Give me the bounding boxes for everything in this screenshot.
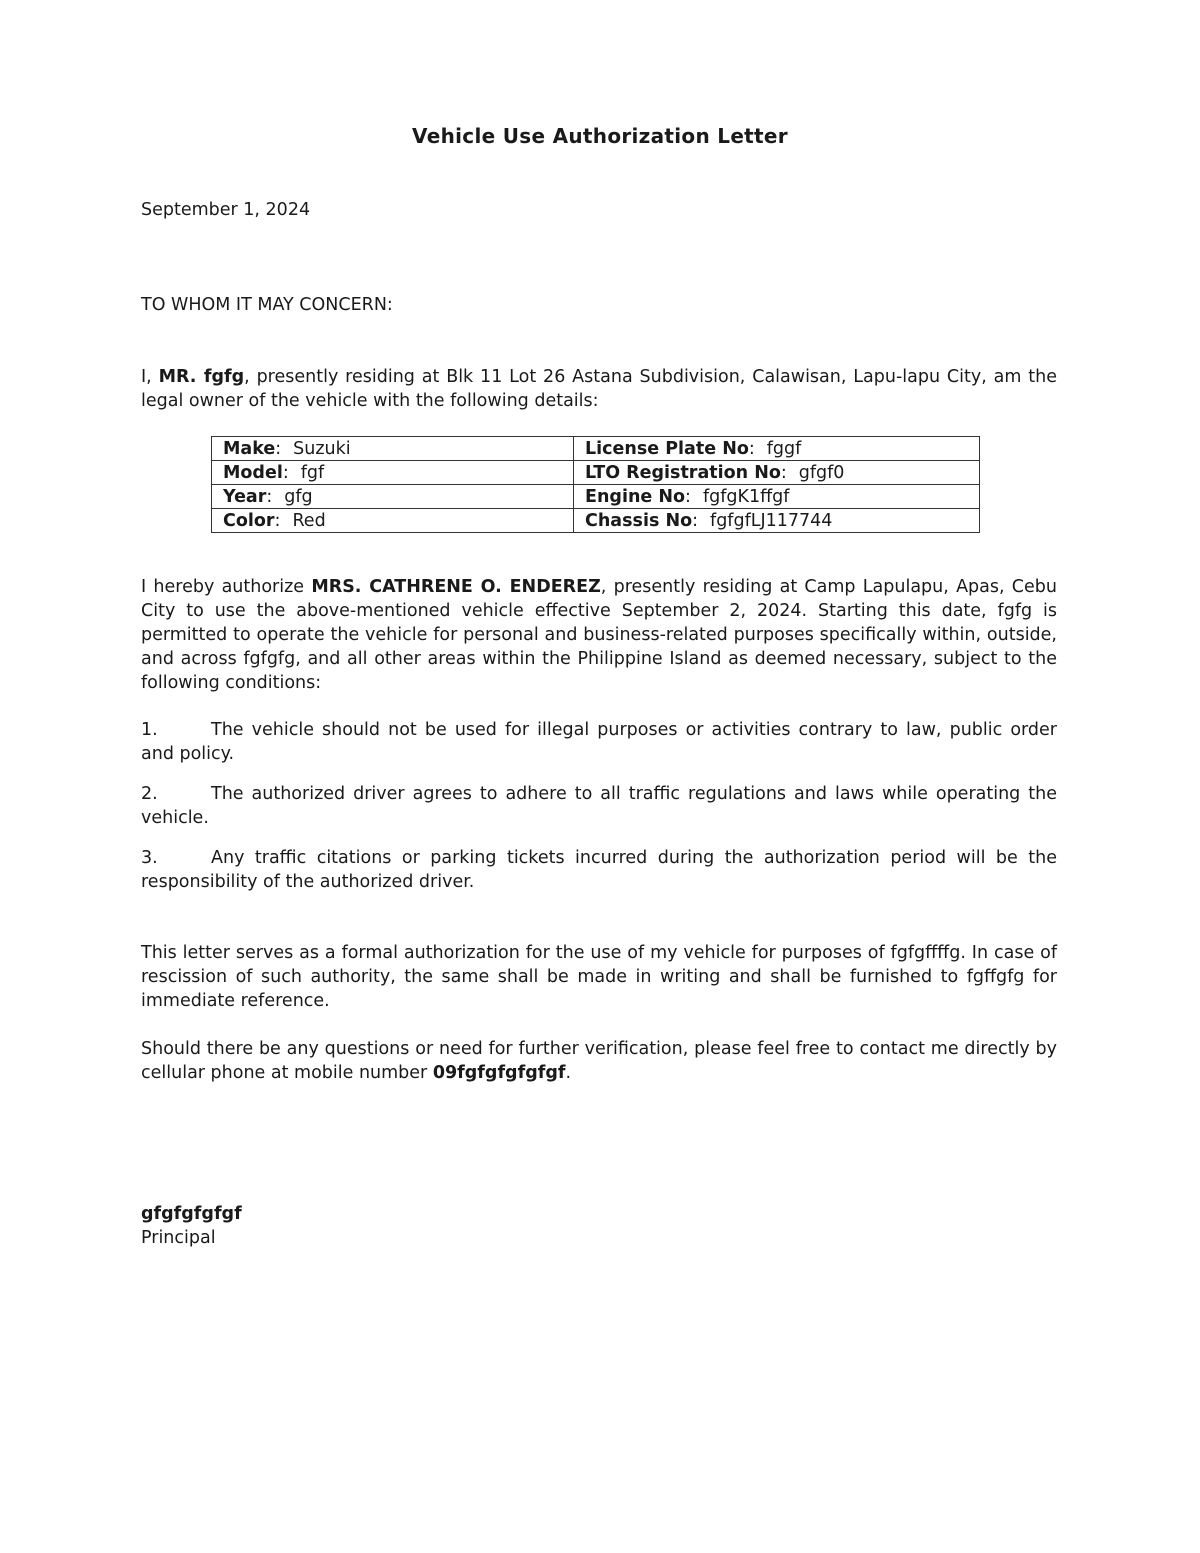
- condition-item: 2.The authorized driver agrees to adhere…: [141, 782, 1057, 830]
- condition-item: 1.The vehicle should not be used for ill…: [141, 718, 1057, 766]
- owner-prefix: I,: [141, 367, 159, 387]
- detail-separator: :: [692, 511, 698, 531]
- document-title: Vehicle Use Authorization Letter: [0, 124, 1200, 148]
- contact-paragraph: Should there be any questions or need fo…: [141, 1037, 1057, 1085]
- contact-prefix: Should there be any questions or need fo…: [141, 1039, 1057, 1083]
- detail-label: Chassis No: [585, 511, 692, 531]
- detail-value: Red: [292, 511, 325, 531]
- detail-separator: :: [275, 511, 281, 531]
- signatory-role: Principal: [141, 1228, 216, 1248]
- detail-separator: :: [749, 439, 755, 459]
- detail-separator: :: [275, 439, 281, 459]
- detail-separator: :: [685, 487, 691, 507]
- mobile-number: 09fgfgfgfgfgf: [433, 1063, 566, 1083]
- detail-value: fgfgfLJ117744: [710, 511, 832, 531]
- condition-text: The vehicle should not be used for illeg…: [141, 720, 1057, 764]
- detail-value: fgf: [301, 463, 324, 483]
- contact-suffix: .: [565, 1063, 571, 1083]
- vehicle-detail-cell: Chassis No:fgfgfLJ117744: [574, 509, 980, 533]
- detail-value: gfg: [284, 487, 312, 507]
- vehicle-detail-cell: LTO Registration No:gfgf0: [574, 461, 980, 485]
- vehicle-detail-cell: Engine No:fgfgK1ffgf: [574, 485, 980, 509]
- detail-label: Color: [223, 511, 275, 531]
- salutation: TO WHOM IT MAY CONCERN:: [141, 293, 1057, 317]
- owner-name: MR. fgfg: [159, 367, 245, 387]
- condition-number: 2.: [141, 782, 211, 806]
- vehicle-detail-cell: Color:Red: [212, 509, 574, 533]
- vehicle-detail-cell: Model:fgf: [212, 461, 574, 485]
- signatory-name: gfgfgfgfgf: [141, 1204, 242, 1224]
- vehicle-details-table: Make:SuzukiLicense Plate No:fggfModel:fg…: [211, 436, 980, 533]
- vehicle-detail-cell: Make:Suzuki: [212, 437, 574, 461]
- vehicle-detail-cell: License Plate No:fggf: [574, 437, 980, 461]
- letter-page: Vehicle Use Authorization Letter Septemb…: [0, 0, 1200, 1553]
- owner-paragraph: I, MR. fgfg, presently residing at Blk 1…: [141, 365, 1057, 413]
- detail-label: License Plate No: [585, 439, 749, 459]
- formal-authorization-paragraph: This letter serves as a formal authoriza…: [141, 941, 1057, 1013]
- vehicle-detail-row: Year:gfgEngine No:fgfgK1ffgf: [212, 485, 980, 509]
- condition-number: 3.: [141, 846, 211, 870]
- condition-number: 1.: [141, 718, 211, 742]
- detail-separator: :: [283, 463, 289, 483]
- authorization-prefix: I hereby authorize: [141, 577, 311, 597]
- detail-separator: :: [781, 463, 787, 483]
- vehicle-detail-row: Make:SuzukiLicense Plate No:fggf: [212, 437, 980, 461]
- owner-suffix: , presently residing at Blk 11 Lot 26 As…: [141, 367, 1057, 411]
- condition-text: Any traffic citations or parking tickets…: [141, 848, 1057, 892]
- detail-label: Engine No: [585, 487, 685, 507]
- detail-value: fggf: [767, 439, 802, 459]
- vehicle-detail-row: Color:RedChassis No:fgfgfLJ117744: [212, 509, 980, 533]
- authorized-person-name: MRS. CATHRENE O. ENDEREZ: [311, 577, 600, 597]
- detail-label: Model: [223, 463, 283, 483]
- authorization-paragraph: I hereby authorize MRS. CATHRENE O. ENDE…: [141, 575, 1057, 695]
- condition-item: 3.Any traffic citations or parking ticke…: [141, 846, 1057, 894]
- detail-value: fgfgK1ffgf: [703, 487, 789, 507]
- detail-label: LTO Registration No: [585, 463, 781, 483]
- detail-value: gfgf0: [799, 463, 845, 483]
- vehicle-detail-row: Model:fgfLTO Registration No:gfgf0: [212, 461, 980, 485]
- detail-label: Year: [223, 487, 266, 507]
- letter-date: September 1, 2024: [141, 198, 1057, 222]
- detail-value: Suzuki: [293, 439, 350, 459]
- detail-label: Make: [223, 439, 275, 459]
- detail-separator: :: [266, 487, 272, 507]
- condition-text: The authorized driver agrees to adhere t…: [141, 784, 1057, 828]
- vehicle-detail-cell: Year:gfg: [212, 485, 574, 509]
